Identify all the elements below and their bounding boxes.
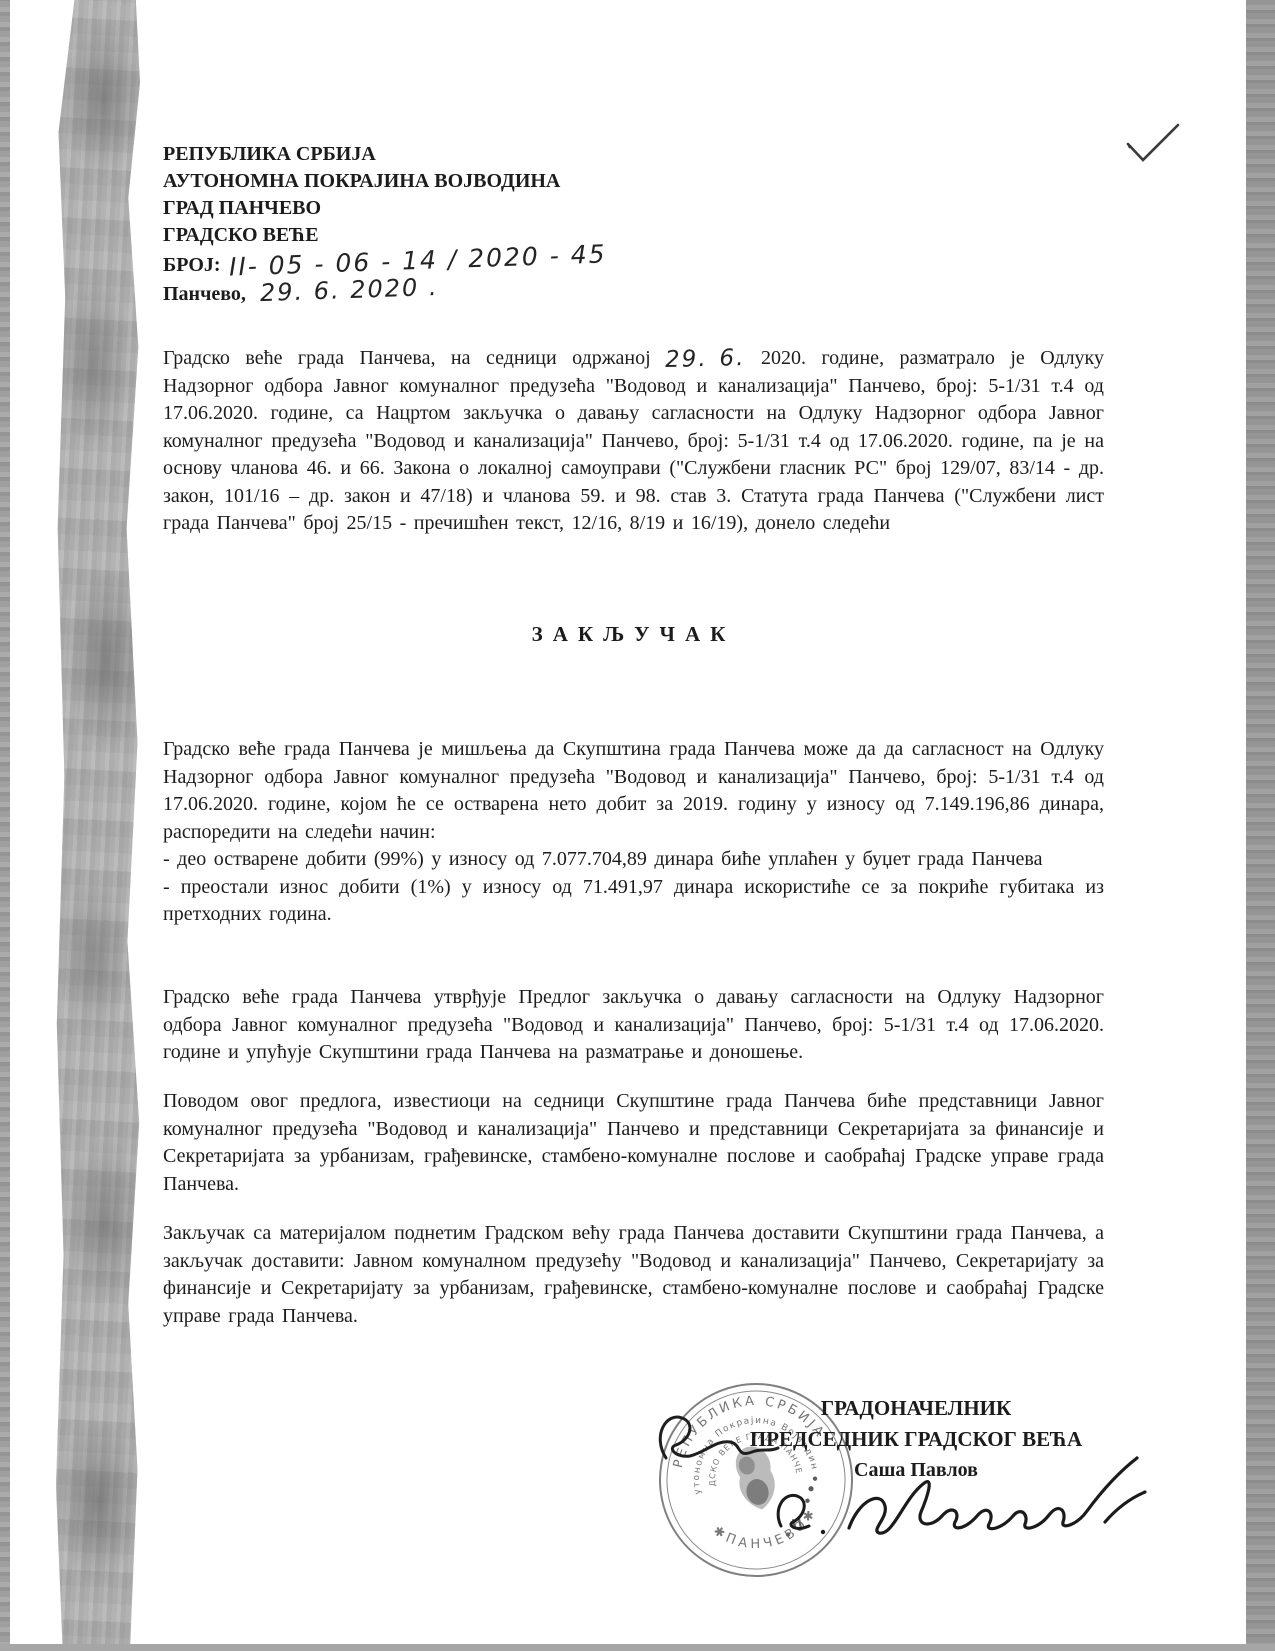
scan-edge-left [0,0,10,1651]
place-label: Панчево, [163,283,246,305]
intro-after-date: 2020. године, разматрало је Одлуку Надзо… [163,347,1104,534]
scanned-document-page: РЕПУБЛИКА СРБИЈА АУТОНОМНА ПОКРАЈИНА ВОЈ… [0,0,1275,1651]
checkmark-icon [1122,118,1182,166]
header-line-republic: РЕПУБЛИКА СРБИЈА [163,141,606,168]
header-line-place-date: Панчево,29. 6. 2020 . [163,279,606,308]
handwritten-session-date: 29. 6. [664,348,745,370]
paragraph-intro: Градско веће града Панчева, на седници о… [163,345,1104,538]
allocation-item-2: - преостали износ добити (1%) у износу о… [163,874,1104,929]
paragraph-decision: Градско веће града Панчева је мишљења да… [163,736,1104,846]
scan-edge-bottom [0,1644,1275,1651]
document-header: РЕПУБЛИКА СРБИЈА АУТОНОМНА ПОКРАЈИНА ВОЈ… [163,141,606,308]
number-label: БРОЈ: [163,254,221,276]
document-title: ЗАКЉУЧАК [163,622,1104,647]
handwritten-initials [636,1398,786,1483]
header-line-province: АУТОНОМНА ПОКРАЈИНА ВОЈВОДИНА [163,168,606,195]
paragraph-rapporteurs: Поводом овог предлога, известиоци на сед… [163,1088,1104,1198]
paragraph-distribution: Закључак са материјалом поднетим Градско… [163,1220,1104,1330]
scan-edge-right [1246,0,1275,1651]
handwritten-date: 29. 6. 2020 . [259,274,439,307]
paragraph-proposal: Градско веће града Панчева утврђује Пред… [163,984,1104,1067]
allocation-item-1: - део остварене добити (99%) у износу од… [163,846,1104,874]
paragraph-decision-block: Градско веће града Панчева је мишљења да… [163,736,1104,929]
scan-shadow-band [56,0,140,1651]
handwritten-signature [765,1452,1155,1557]
header-line-city: ГРАД ПАНЧЕВО [163,195,606,222]
intro-before-date: Градско веће града Панчева, на седници о… [163,347,651,369]
